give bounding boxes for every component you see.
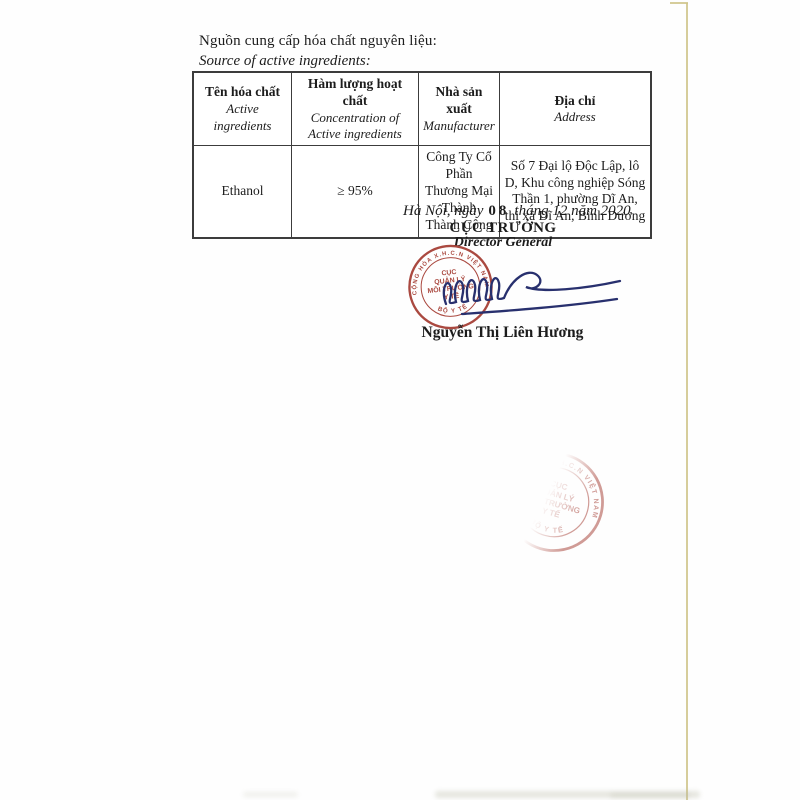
header-cell-concentration: Hàm lượng hoạt chất Concentration of Act… <box>292 73 419 146</box>
header-label-en: Address <box>504 109 646 125</box>
partial-seal-stamp-icon: CỘNG HÒA X.H.C.N VIỆT NAM BỘ Y TẾ CỤC QU… <box>485 436 623 567</box>
scan-smudge <box>610 793 690 798</box>
header-label-vi: Địa chỉ <box>504 93 646 110</box>
date-prefix: Hà Nội, ngày <box>403 203 483 219</box>
document-photo: { "document": { "intro": { "vi": "Nguồn … <box>0 0 800 800</box>
intro-line-english: Source of active ingredients: <box>199 53 371 70</box>
seal-ring-bottom-text: BỘ Y TẾ <box>527 514 568 538</box>
intro-line-vietnamese: Nguồn cung cấp hóa chất nguyên liệu: <box>199 33 437 50</box>
date-day-handwritten: 08 <box>488 203 509 219</box>
header-label-en: Active ingredients <box>198 101 287 134</box>
page-edge-line-horizontal <box>670 2 688 4</box>
place-date-line: Hà Nội, ngày08tháng 12 năm 2020 <box>403 203 623 220</box>
scan-smudge <box>243 792 298 797</box>
header-label-vi: Hàm lượng hoạt chất <box>296 76 414 110</box>
signer-name: Nguyễn Thị Liên Hương <box>400 324 605 342</box>
cell-concentration: ≥ 95% <box>292 146 419 236</box>
header-label-en: Concentration of Active ingredients <box>296 110 414 143</box>
svg-text:BỘ Y TẾ: BỘ Y TẾ <box>527 514 568 538</box>
date-suffix: tháng 12 năm 2020 <box>514 203 630 219</box>
signature-scribble-icon <box>434 258 634 320</box>
header-label-vi: Nhà sản xuất <box>423 84 495 118</box>
header-cell-manufacturer: Nhà sản xuất Manufacturer <box>419 73 500 146</box>
header-cell-active-ingredients: Tên hóa chất Active ingredients <box>194 73 292 146</box>
header-label-en: Manufacturer <box>423 118 495 134</box>
page-edge-line-vertical <box>686 3 688 800</box>
header-label-vi: Tên hóa chất <box>198 84 287 101</box>
header-cell-address: Địa chỉ Address <box>500 73 650 146</box>
cell-active-ingredient: Ethanol <box>194 146 292 236</box>
